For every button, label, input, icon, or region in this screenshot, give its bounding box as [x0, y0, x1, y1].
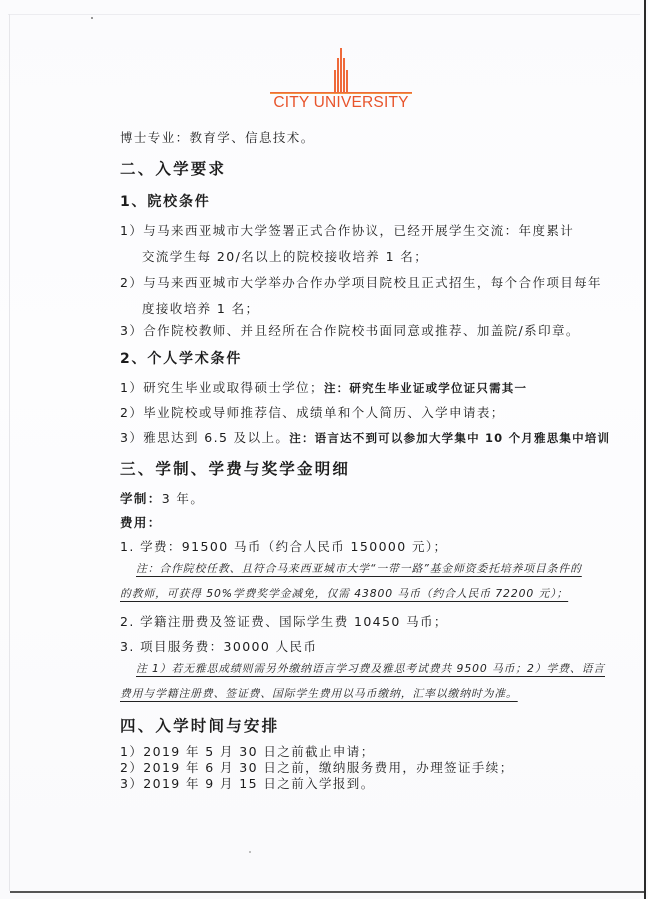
- fee-item-registration: 2. 学籍注册费及签证费、国际学生费 10450 马币；: [120, 612, 448, 630]
- list-item-text: 1）研究生毕业或取得硕士学位；: [120, 380, 324, 395]
- list-item: 2）与马来西亚城市大学举办合作办学项目院校且正式招生，每个合作项目每年: [120, 273, 602, 291]
- list-item: 3）合作院校教师、并且经所在合作院校书面同意或推荐、加盖院/系印章。: [120, 321, 580, 339]
- fee-item-service: 3. 项目服务费：30000 人民币: [120, 637, 317, 655]
- list-item: 1）研究生毕业或取得硕士学位；注：研究生毕业证或学位证只需其一: [120, 378, 527, 396]
- page-edge-left: [9, 14, 10, 891]
- duration-label: 学制：: [120, 491, 162, 506]
- fee-note: 费用与学籍注册费、签证费、国际学生费用以马币缴纳，汇率以缴纳时为准。: [120, 686, 518, 701]
- schedule-item: 3）2019 年 9 月 15 日之前入学报到。: [120, 774, 375, 792]
- scan-speck: [249, 851, 251, 853]
- list-item-continuation: 交流学生每 20/名以上的院校接收培养 1 名；: [142, 247, 428, 265]
- list-item: 3）雅思达到 6.5 及以上。注：语言达不到可以参加大学集中 10 个月雅思集中…: [120, 428, 610, 446]
- skyscraper-logo-icon: [270, 46, 412, 94]
- logo-text: CITY UNIVERSITY: [270, 94, 412, 112]
- page-edge-top: [8, 14, 640, 15]
- page-edge-right: [644, 0, 646, 899]
- fee-item-tuition: 1. 学费：91500 马币（约合人民币 150000 元）；: [120, 537, 447, 555]
- section-heading: 四、入学时间与安排: [120, 714, 279, 736]
- intro-line: 博士专业：教育学、信息技术。: [120, 128, 315, 146]
- city-university-logo: CITY UNIVERSITY: [270, 46, 412, 110]
- list-item-text: 3）雅思达到 6.5 及以上。: [120, 430, 289, 445]
- subsection-heading: 1、院校条件: [120, 191, 211, 211]
- duration-line: 学制：3 年。: [120, 489, 204, 507]
- list-item: 2）毕业院校或导师推荐信、成绩单和个人简历、入学申请表；: [120, 403, 505, 421]
- list-item-note: 注：语言达不到可以参加大学集中 10 个月雅思集中培训: [289, 431, 610, 445]
- fees-label: 费用：: [120, 513, 162, 531]
- subsection-heading: 2、个人学术条件: [120, 348, 242, 368]
- fee-note: 的教师，可获得 50%学费奖学金减免，仅需 43800 马币（约合人民币 722…: [120, 586, 568, 601]
- scan-speck: [91, 17, 93, 19]
- list-item-continuation: 度接收培养 1 名；: [142, 299, 259, 317]
- fee-note: 注：合作院校任教、且符合马来西亚城市大学“一带一路”基金师资委托培养项目条件的: [136, 561, 582, 576]
- section-heading: 三、学制、学费与奖学金明细: [120, 457, 350, 479]
- page-edge-bottom: [10, 891, 644, 893]
- duration-value: 3 年。: [162, 491, 205, 506]
- list-item-note: 注：研究生毕业证或学位证只需其一: [324, 381, 527, 395]
- fee-note: 注 1）若无雅思成绩则需另外缴纳语言学习费及雅思考试费共 9500 马币；2）学…: [136, 661, 605, 676]
- scanned-page: CITY UNIVERSITY 博士专业：教育学、信息技术。 二、入学要求 1、…: [0, 0, 648, 899]
- list-item: 1）与马来西亚城市大学签署正式合作协议，已经开展学生交流：年度累计: [120, 221, 574, 239]
- section-heading: 二、入学要求: [120, 157, 226, 179]
